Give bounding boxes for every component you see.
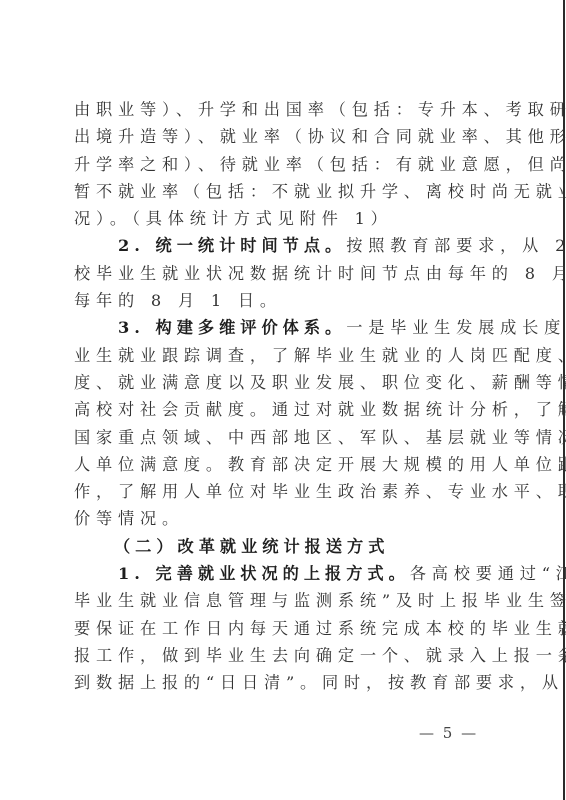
item1-text: 各高校要通过“江西省高校	[410, 564, 566, 583]
text-line: 价等情况。	[74, 505, 498, 532]
item2-first-line: 2. 统一统计时间节点。按照教育部要求，从 2020 年起，高	[74, 232, 498, 259]
item2-title: 2. 统一统计时间节点。	[118, 236, 346, 255]
item2-text: 按照教育部要求，从 2020 年起，高	[346, 236, 566, 255]
text-line: 毕业生就业信息管理与监测系统”及时上报毕业生签约数据，	[74, 587, 498, 614]
text-line: 业生就业跟踪调查，了解毕业生就业的人岗匹配度、工作稳定	[74, 342, 498, 369]
text-line: 高校对社会贡献度。通过对就业数据统计分析，了解毕业生到	[74, 396, 498, 423]
text-line: 校毕业生就业状况数据统计时间节点由每年的 8 月 31 日提前到	[74, 260, 498, 287]
page-number: — 5 —	[419, 724, 478, 742]
text-line: 要保证在工作日内每天通过系统完成本校的毕业生就业数据上	[74, 615, 498, 642]
item3-title: 3. 构建多维评价体系。	[118, 318, 346, 337]
item3-text: 一是毕业生发展成长度。通过对毕	[346, 318, 566, 337]
document-page: 由职业等）、升学和出国率（包括：专升本、考取研究生、出国 出境升造等）、就业率（…	[0, 0, 566, 800]
text-line: 度、就业满意度以及职业发展、职位变化、薪酬等情况。二是	[74, 369, 498, 396]
text-line: 况）。（具体统计方式见附件 1）	[74, 205, 498, 232]
text-line: 报工作，做到毕业生去向确定一个、就录入上报一条数据，做	[74, 642, 498, 669]
item1-first-line: 1. 完善就业状况的上报方式。各高校要通过“江西省高校	[74, 560, 498, 587]
text-line: 每年的 8 月 1 日。	[74, 287, 498, 314]
text-line: 国家重点领域、中西部地区、军队、基层就业等情况。三是用	[74, 424, 498, 451]
text-line: 人单位满意度。教育部决定开展大规模的用人单位跟踪调查工	[74, 451, 498, 478]
text-line: 到数据上报的“日日清”。同时，按教育部要求，从 2020 届毕	[74, 669, 498, 696]
text-line: 暂不就业率（包括：不就业拟升学、离校时尚无就业意愿等状	[74, 178, 498, 205]
text-line: 作，了解用人单位对毕业生政治素养、专业水平、职业能力评	[74, 478, 498, 505]
text-line: 出境升造等）、就业率（协议和合同就业率、其他形式就业率和	[74, 123, 498, 150]
section-heading: （二）改革就业统计报送方式	[74, 533, 498, 560]
item1-title: 1. 完善就业状况的上报方式。	[118, 564, 410, 583]
item3-first-line: 3. 构建多维评价体系。一是毕业生发展成长度。通过对毕	[74, 314, 498, 341]
text-line: 由职业等）、升学和出国率（包括：专升本、考取研究生、出国	[74, 96, 498, 123]
document-body: 由职业等）、升学和出国率（包括：专升本、考取研究生、出国 出境升造等）、就业率（…	[74, 96, 498, 697]
text-line: 升学率之和）、待就业率（包括：有就业意愿，但尚未就业）、	[74, 151, 498, 178]
